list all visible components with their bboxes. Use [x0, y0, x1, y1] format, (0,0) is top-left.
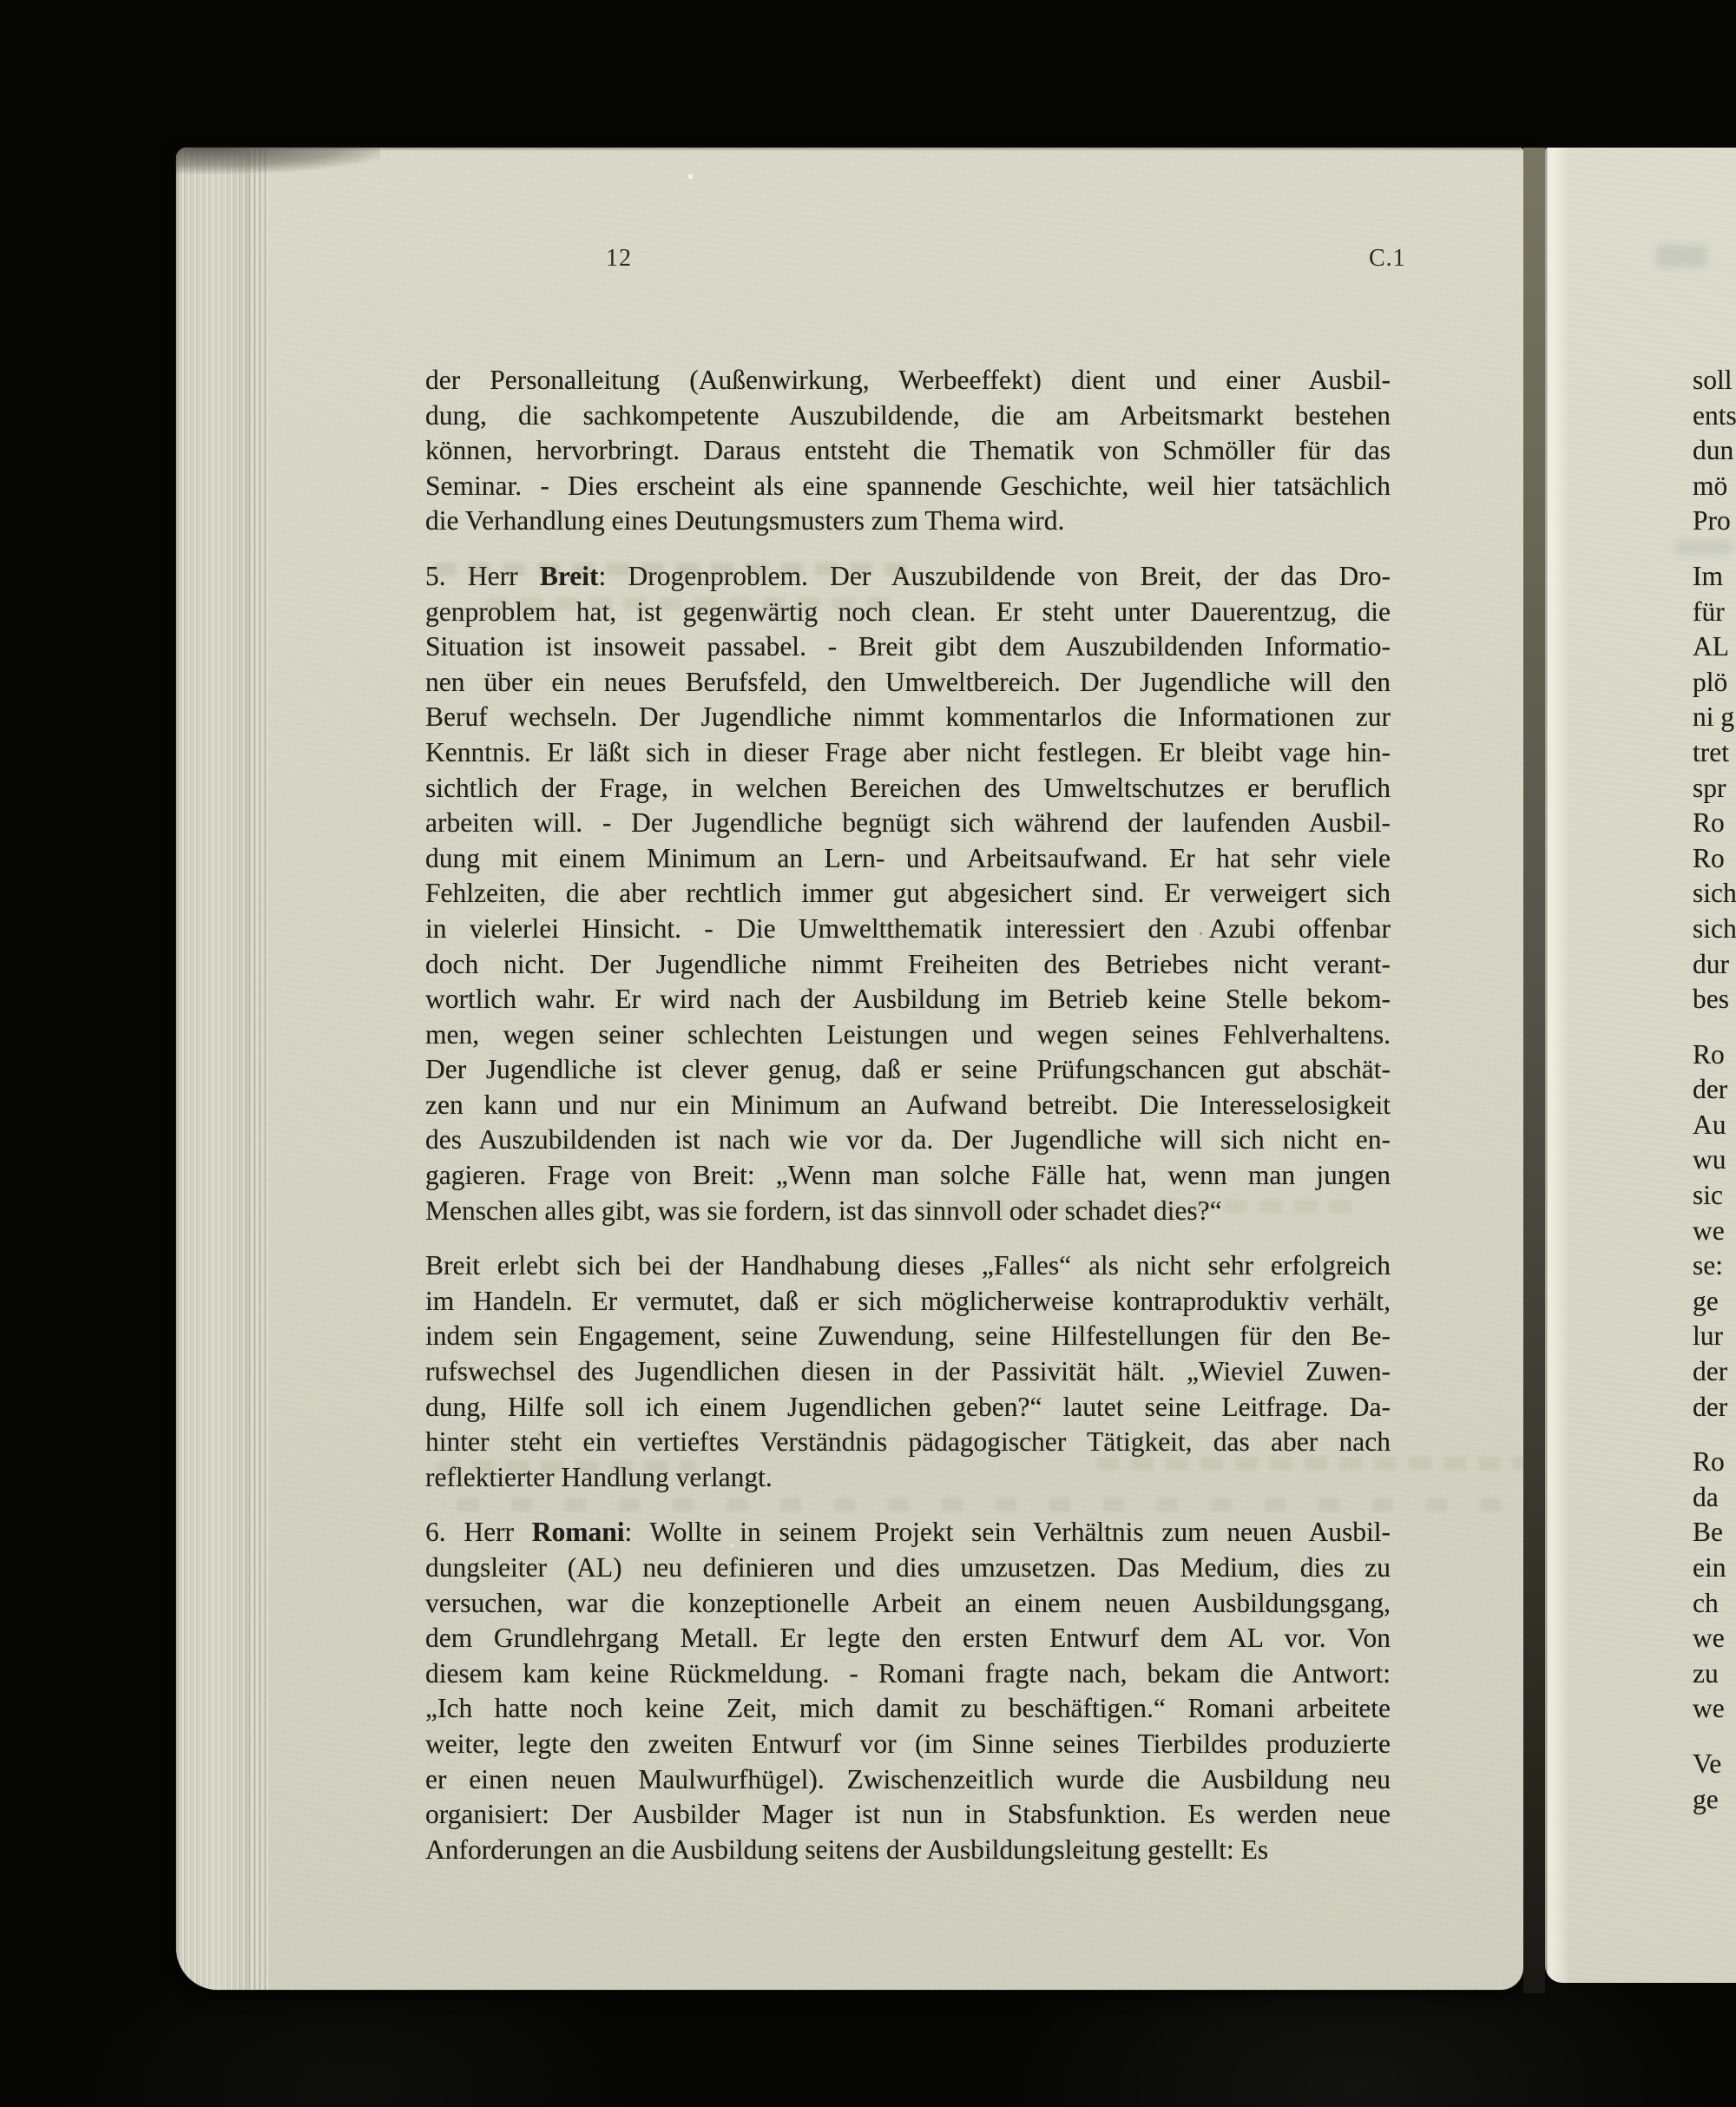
text-line: Kenntnis. Er läßt sich in dieser Frage a… [425, 735, 1391, 771]
text-line: organisiert: Der Ausbilder Mager ist nun… [425, 1797, 1391, 1833]
text-line-fragment: Au [1693, 1108, 1736, 1143]
text-line-fragment: da [1693, 1480, 1736, 1516]
paragraph: sollentsdunmöPro [1693, 363, 1736, 539]
text-line-fragment: ents [1693, 398, 1736, 434]
book-scan: 12 C.1 der Personalleitung (Außenwirkung… [0, 0, 1736, 2107]
text-line-fragment: Ro [1693, 806, 1736, 841]
text-line: Situation ist insoweit passabel. - Breit… [425, 629, 1391, 665]
text-line-fragment: ge [1693, 1284, 1736, 1320]
text-line-fragment: soll [1693, 363, 1736, 398]
text-line: indem sein Engagement, seine Zuwendung, … [425, 1319, 1391, 1354]
text-line-fragment: ch [1693, 1586, 1736, 1622]
text-line-fragment: sic [1693, 1178, 1736, 1214]
text-line-fragment: der [1693, 1072, 1736, 1108]
text-line-fragment: sich [1693, 912, 1736, 947]
text-line: Seminar. - Dies erscheint als eine spann… [425, 469, 1391, 504]
text-line: er einen neuen Maulwurfhügel). Zwischenz… [425, 1762, 1391, 1798]
bleedthrough-ghost [485, 597, 893, 610]
text-line-fragment: Be [1693, 1515, 1736, 1551]
right-page-sliver: sollentsdunmöProImfürALplöni gtretsprRoR… [1545, 148, 1736, 1983]
text-line: dung, die sachkompetente Auszubildende, … [425, 398, 1391, 434]
text-line-fragment: Ro [1693, 841, 1736, 877]
text-line-fragment: Ro [1693, 1037, 1736, 1073]
text-line-fragment: der [1693, 1390, 1736, 1426]
paragraph: RodaBeeinchwezuwe [1693, 1445, 1736, 1727]
text-line: dem Grundlehrgang Metall. Er legte den e… [425, 1621, 1391, 1656]
left-page: 12 C.1 der Personalleitung (Außenwirkung… [176, 148, 1523, 1990]
page-body-text: der Personalleitung (Außenwirkung, Werbe… [425, 363, 1391, 1867]
bleedthrough-ghost [1096, 1457, 1523, 1470]
page-edge-stack [176, 148, 251, 1990]
bleedthrough-ghost [1656, 245, 1706, 267]
text-line-fragment: spr [1693, 771, 1736, 807]
book-gutter [1523, 148, 1545, 1993]
text-line-fragment: Ro [1693, 1445, 1736, 1480]
text-line-fragment: ein [1693, 1551, 1736, 1586]
bleedthrough-ghost [912, 1200, 1364, 1213]
text-line-fragment: mö [1693, 469, 1736, 504]
text-line-fragment: sich [1693, 876, 1736, 912]
top-edge-shadow [176, 148, 1523, 151]
text-line-fragment: bes [1693, 982, 1736, 1017]
text-line: men, wegen seiner schlechten Leistungen … [425, 1017, 1391, 1053]
text-line: rufswechsel des Jugendlichen diesen in d… [425, 1354, 1391, 1390]
text-line: weiter, legte den zweiten Entwurf vor (i… [425, 1727, 1391, 1762]
paragraph: 5. Herr Breit: Drogenproblem. Der Auszub… [425, 559, 1391, 1228]
text-line-fragment: tret [1693, 735, 1736, 771]
text-line: sichtlich der Frage, in welchen Bereiche… [425, 771, 1391, 807]
text-line-fragment: zu [1693, 1656, 1736, 1692]
text-line-fragment: wu [1693, 1142, 1736, 1178]
text-line: gagieren. Frage von Breit: „Wenn man sol… [425, 1158, 1391, 1194]
text-line-fragment: we [1693, 1621, 1736, 1656]
paragraph: der Personalleitung (Außenwirkung, Werbe… [425, 363, 1391, 539]
section-label: C.1 [1369, 245, 1430, 273]
text-line: dung mit einem Minimum an Lern- und Arbe… [425, 841, 1391, 877]
text-line: Der Jugendliche ist clever genug, daß er… [425, 1052, 1391, 1088]
text-line-fragment: der [1693, 1354, 1736, 1390]
text-line: Breit erlebt sich bei der Handhabung die… [425, 1248, 1391, 1284]
bleedthrough-ghost [437, 1498, 1513, 1511]
bleedthrough-ghost [437, 1460, 697, 1473]
text-line: doch nicht. Der Jugendliche nimmt Freihe… [425, 947, 1391, 983]
text-line: arbeiten will. - Der Jugendliche begnügt… [425, 806, 1391, 841]
text-line: 6. Herr Romani: Wollte in seinem Projekt… [425, 1515, 1391, 1551]
text-line: dungsleiter (AL) neu definieren und dies… [425, 1551, 1391, 1586]
page-number: 12 [598, 245, 640, 273]
text-line: nen über ein neues Berufsfeld, den Umwel… [425, 665, 1391, 701]
text-line: dung, Hilfe soll ich einem Jugendlichen … [425, 1390, 1391, 1426]
text-line: im Handeln. Er vermutet, daß er sich mög… [425, 1284, 1391, 1320]
corner-curl-shadow [176, 148, 380, 184]
dust-specks [176, 148, 177, 148]
text-line-fragment: se: [1693, 1248, 1736, 1284]
text-line: zen kann und nur ein Minimum an Aufwand … [425, 1088, 1391, 1123]
text-line-fragment: plö [1693, 665, 1736, 701]
text-line: der Personalleitung (Außenwirkung, Werbe… [425, 363, 1391, 398]
bleedthrough-ghost [433, 563, 916, 576]
text-line-fragment: Ve [1693, 1747, 1736, 1782]
text-line: des Auszubildenden ist nach wie vor da. … [425, 1123, 1391, 1158]
text-line: Fehlzeiten, die aber rechtlich immer gut… [425, 876, 1391, 912]
paragraph: ImfürALplöni gtretsprRoRosichsichdurbes [1693, 559, 1736, 1017]
text-line: versuchen, war die konzeptionelle Arbeit… [425, 1586, 1391, 1622]
right-page-text: sollentsdunmöProImfürALplöni gtretsprRoR… [1693, 363, 1736, 1817]
text-line-fragment: AL [1693, 629, 1736, 665]
paragraph: 6. Herr Romani: Wollte in seinem Projekt… [425, 1515, 1391, 1867]
text-line-fragment: lur [1693, 1319, 1736, 1354]
text-line-fragment: ni g [1693, 700, 1736, 735]
text-line: Anforderungen an die Ausbildung seitens … [425, 1833, 1391, 1868]
text-line-fragment: dur [1693, 947, 1736, 983]
text-line: Beruf wechseln. Der Jugendliche nimmt ko… [425, 700, 1391, 735]
text-line-fragment: Pro [1693, 504, 1736, 539]
text-line: „Ich hatte noch keine Zeit, mich damit z… [425, 1691, 1391, 1727]
text-line-fragment: we [1693, 1214, 1736, 1249]
text-line-fragment: Im [1693, 559, 1736, 595]
paragraph: Vege [1693, 1747, 1736, 1817]
text-line-fragment: we [1693, 1691, 1736, 1727]
text-line: hinter steht ein vertieftes Verständnis … [425, 1425, 1391, 1460]
text-line: diesem kam keine Rückmeldung. - Romani f… [425, 1656, 1391, 1692]
page-edge-lines [249, 148, 268, 1990]
paragraph: RoderAuwusicwese:gelurderder [1693, 1037, 1736, 1426]
text-line: können, hervorbringt. Daraus entsteht di… [425, 433, 1391, 469]
text-line-fragment: ge [1693, 1782, 1736, 1818]
text-line: wortlich wahr. Er wird nach der Ausbildu… [425, 982, 1391, 1017]
text-line: die Verhandlung eines Deutungsmusters zu… [425, 504, 1391, 539]
text-line-fragment: für [1693, 595, 1736, 630]
text-line: in vielerlei Hinsicht. - Die Umweltthema… [425, 912, 1391, 947]
text-line-fragment: dun [1693, 433, 1736, 469]
